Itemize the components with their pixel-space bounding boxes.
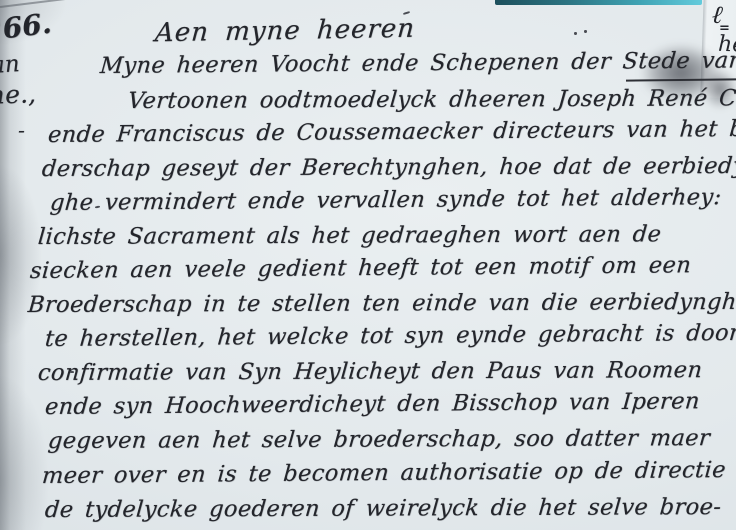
- margin-text-fragment: -: [18, 118, 25, 142]
- manuscript-line: meer over en is te becomen authorisatie …: [41, 457, 736, 489]
- manuscript-line: ghe vermindert ende vervallen synde tot …: [49, 184, 723, 216]
- pen-flourish-dash: =: [719, 21, 730, 36]
- scan-edge-teal-bar: [495, 0, 702, 5]
- manuscript-line: Vertoonen oodtmoedelyck dheeren Joseph R…: [127, 85, 736, 114]
- manuscript-line: confirmatie van Syn Heylicheyt den Paus …: [37, 357, 703, 386]
- salutation-heading: Aen myne heeren: [154, 14, 416, 49]
- margin-text-fragment: an: [0, 51, 20, 79]
- manuscript-line: de tydelycke goederen of weirelyck die h…: [44, 494, 722, 523]
- manuscript-line: ende Franciscus de Coussemaecker directe…: [47, 116, 736, 149]
- manuscript-line: gegeven aen het selve broederschap, soo …: [47, 425, 711, 454]
- manuscript-line: Broederschap in te stellen ten einde van…: [27, 289, 736, 318]
- margin-text-fragment: he.,: [0, 79, 36, 110]
- manuscript-line: siecken aen veele gedient heeft tot een …: [29, 252, 692, 284]
- manuscript-line: lichste Sacrament als het gedraeghen wor…: [37, 221, 662, 250]
- manuscript-scan-page: he ℓ = '66. an he., - Aen myne heeren My…: [0, 0, 736, 530]
- paper-scratch: [0, 0, 72, 7]
- dust-speck: [70, 371, 74, 373]
- dust-speck: [574, 32, 577, 35]
- manuscript-line: ende syn Hoochweerdicheyt den Bisschop v…: [44, 388, 701, 420]
- manuscript-line: derschap geseyt der Berechtynghen, hoe d…: [41, 153, 736, 182]
- manuscript-line: Myne heeren Voocht ende Schepenen der St…: [99, 47, 736, 79]
- margin-year-number: '66.: [0, 7, 53, 47]
- manuscript-line: te herstellen, het welcke tot syn eynde …: [44, 320, 736, 352]
- dust-speck: [584, 30, 587, 33]
